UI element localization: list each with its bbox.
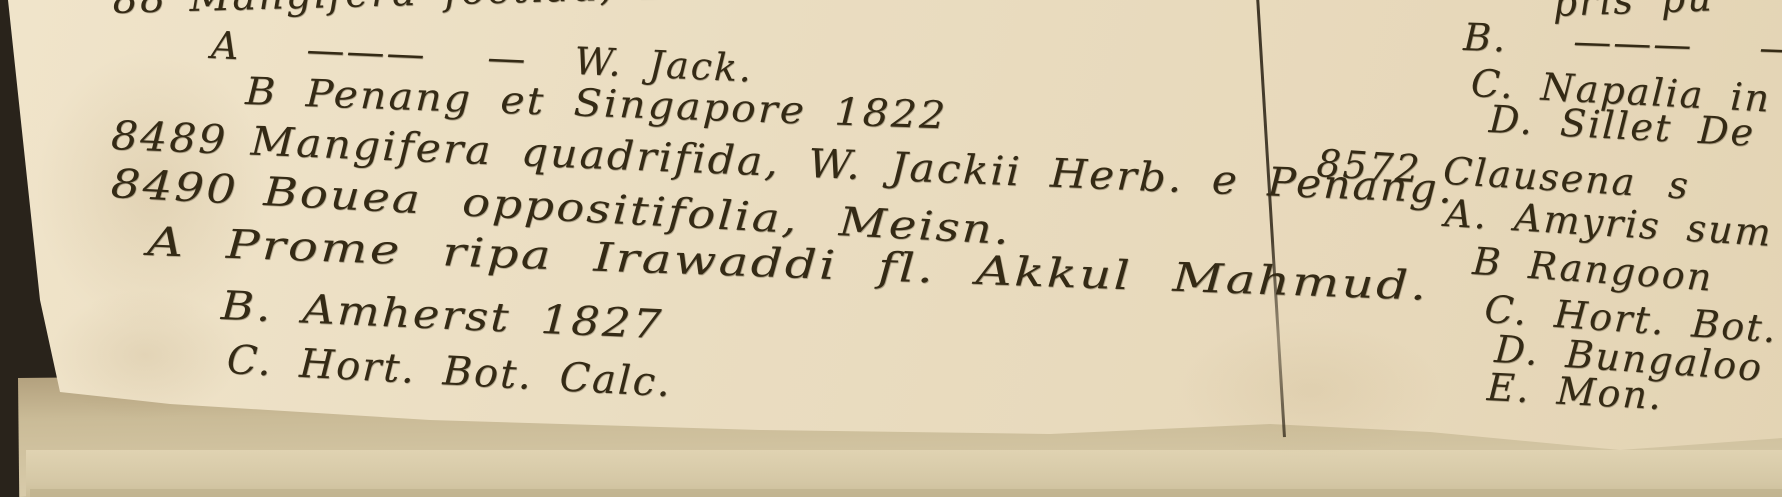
scan-bottom-edge — [30, 489, 1782, 497]
entry-number: 8490 — [110, 161, 240, 214]
entry-number: 8572 — [1315, 141, 1422, 191]
entry-line-right-e-mon: E. Mon. — [1486, 368, 1664, 415]
entry-number: 8489 — [110, 113, 228, 164]
entry-text: E. Mon. — [1486, 365, 1664, 418]
entry-number: 88 — [112, 0, 168, 23]
manuscript-scan: 88Mangifera foetida, Loureiro. A ——— — W… — [0, 0, 1782, 497]
